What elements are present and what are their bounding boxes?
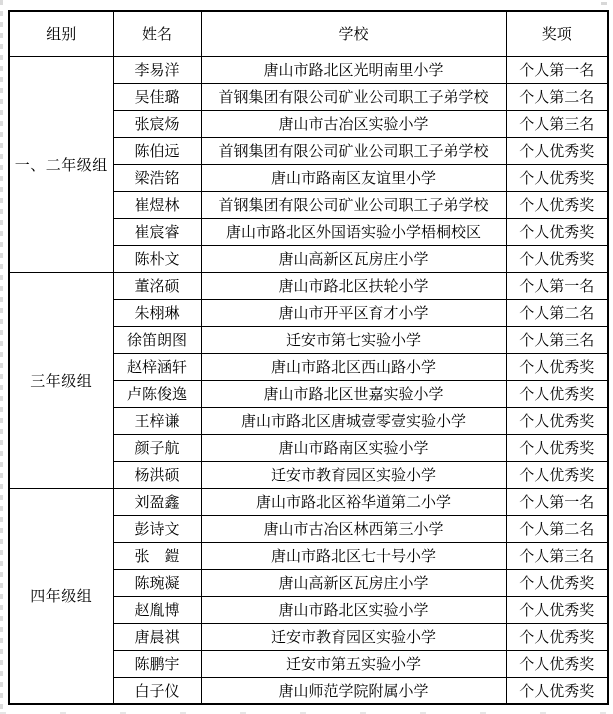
- name-cell: 唐晨祺: [113, 623, 201, 650]
- group-label: 四年级组: [9, 488, 113, 704]
- name-cell: 梁浩铭: [113, 164, 201, 191]
- award-cell: 个人第三名: [506, 326, 608, 353]
- award-cell: 个人第二名: [506, 83, 608, 110]
- award-cell: 个人第三名: [506, 542, 608, 569]
- table-header: 组别 姓名 学校 奖项: [9, 11, 608, 56]
- award-cell: 个人优秀奖: [506, 380, 608, 407]
- page-edge-left-ticks: [0, 0, 3, 714]
- name-cell: 赵胤博: [113, 596, 201, 623]
- name-cell: 刘盈鑫: [113, 488, 201, 515]
- name-cell: 李易洋: [113, 56, 201, 83]
- document-page: 组别 姓名 学校 奖项 一、二年级组李易洋唐山市路北区光明南里小学个人第一名吴佳…: [0, 0, 613, 714]
- award-cell: 个人优秀奖: [506, 461, 608, 488]
- school-cell: 唐山市路北区世嘉实验小学: [201, 380, 506, 407]
- school-cell: 首钢集团有限公司矿业公司职工子弟学校: [201, 137, 506, 164]
- award-cell: 个人优秀奖: [506, 407, 608, 434]
- school-cell: 迁安市第七实验小学: [201, 326, 506, 353]
- header-school: 学校: [201, 11, 506, 56]
- award-cell: 个人优秀奖: [506, 245, 608, 272]
- school-cell: 迁安市第五实验小学: [201, 650, 506, 677]
- school-cell: 唐山市路北区裕华道第二小学: [201, 488, 506, 515]
- award-cell: 个人优秀奖: [506, 353, 608, 380]
- header-group: 组别: [9, 11, 113, 56]
- award-cell: 个人第一名: [506, 272, 608, 299]
- school-cell: 唐山市路北区西山路小学: [201, 353, 506, 380]
- name-cell: 张宸炀: [113, 110, 201, 137]
- name-cell: 董洺硕: [113, 272, 201, 299]
- school-cell: 唐山市路北区实验小学: [201, 596, 506, 623]
- school-cell: 迁安市教育园区实验小学: [201, 461, 506, 488]
- name-cell: 陈伯远: [113, 137, 201, 164]
- table-row: 三年级组董洺硕唐山市路北区扶轮小学个人第一名: [9, 272, 608, 299]
- awards-table: 组别 姓名 学校 奖项 一、二年级组李易洋唐山市路北区光明南里小学个人第一名吴佳…: [8, 10, 609, 705]
- school-cell: 唐山师范学院附属小学: [201, 677, 506, 704]
- group-label: 一、二年级组: [9, 56, 113, 272]
- award-cell: 个人优秀奖: [506, 191, 608, 218]
- school-cell: 唐山市古冶区林西第三小学: [201, 515, 506, 542]
- name-cell: 朱栩琳: [113, 299, 201, 326]
- name-cell: 赵梓涵轩: [113, 353, 201, 380]
- page-edge-top-right-mark: [601, 2, 607, 5]
- name-cell: 吴佳璐: [113, 83, 201, 110]
- school-cell: 首钢集团有限公司矿业公司职工子弟学校: [201, 191, 506, 218]
- school-cell: 唐山市开平区育才小学: [201, 299, 506, 326]
- name-cell: 张 鎧: [113, 542, 201, 569]
- award-cell: 个人优秀奖: [506, 218, 608, 245]
- name-cell: 崔宸睿: [113, 218, 201, 245]
- name-cell: 卢陈俊逸: [113, 380, 201, 407]
- header-name: 姓名: [113, 11, 201, 56]
- school-cell: 唐山高新区瓦房庄小学: [201, 245, 506, 272]
- school-cell: 唐山市路南区友谊里小学: [201, 164, 506, 191]
- table-row: 一、二年级组李易洋唐山市路北区光明南里小学个人第一名: [9, 56, 608, 83]
- award-cell: 个人优秀奖: [506, 569, 608, 596]
- award-cell: 个人第二名: [506, 515, 608, 542]
- school-cell: 唐山高新区瓦房庄小学: [201, 569, 506, 596]
- award-cell: 个人第一名: [506, 56, 608, 83]
- group-label: 三年级组: [9, 272, 113, 488]
- name-cell: 徐笛朗图: [113, 326, 201, 353]
- school-cell: 首钢集团有限公司矿业公司职工子弟学校: [201, 83, 506, 110]
- name-cell: 王梓谦: [113, 407, 201, 434]
- award-cell: 个人优秀奖: [506, 596, 608, 623]
- header-row: 组别 姓名 学校 奖项: [9, 11, 608, 56]
- name-cell: 颜子航: [113, 434, 201, 461]
- school-cell: 唐山市路北区外国语实验小学梧桐校区: [201, 218, 506, 245]
- name-cell: 陈朴文: [113, 245, 201, 272]
- header-award: 奖项: [506, 11, 608, 56]
- school-cell: 唐山市路北区唐城壹零壹实验小学: [201, 407, 506, 434]
- name-cell: 陈琬凝: [113, 569, 201, 596]
- school-cell: 迁安市教育园区实验小学: [201, 623, 506, 650]
- name-cell: 白子仪: [113, 677, 201, 704]
- name-cell: 崔煜林: [113, 191, 201, 218]
- results-body: 一、二年级组李易洋唐山市路北区光明南里小学个人第一名吴佳璐首钢集团有限公司矿业公…: [9, 56, 608, 704]
- school-cell: 唐山市路南区实验小学: [201, 434, 506, 461]
- school-cell: 唐山市路北区扶轮小学: [201, 272, 506, 299]
- award-cell: 个人优秀奖: [506, 650, 608, 677]
- award-cell: 个人优秀奖: [506, 137, 608, 164]
- school-cell: 唐山市路北区光明南里小学: [201, 56, 506, 83]
- school-cell: 唐山市古冶区实验小学: [201, 110, 506, 137]
- award-cell: 个人优秀奖: [506, 623, 608, 650]
- name-cell: 彭诗文: [113, 515, 201, 542]
- name-cell: 杨洪硕: [113, 461, 201, 488]
- name-cell: 陈鹏宇: [113, 650, 201, 677]
- award-cell: 个人优秀奖: [506, 434, 608, 461]
- award-cell: 个人优秀奖: [506, 677, 608, 704]
- award-cell: 个人第一名: [506, 488, 608, 515]
- award-cell: 个人第二名: [506, 299, 608, 326]
- award-cell: 个人优秀奖: [506, 164, 608, 191]
- award-cell: 个人第三名: [506, 110, 608, 137]
- table-row: 四年级组刘盈鑫唐山市路北区裕华道第二小学个人第一名: [9, 488, 608, 515]
- school-cell: 唐山市路北区七十号小学: [201, 542, 506, 569]
